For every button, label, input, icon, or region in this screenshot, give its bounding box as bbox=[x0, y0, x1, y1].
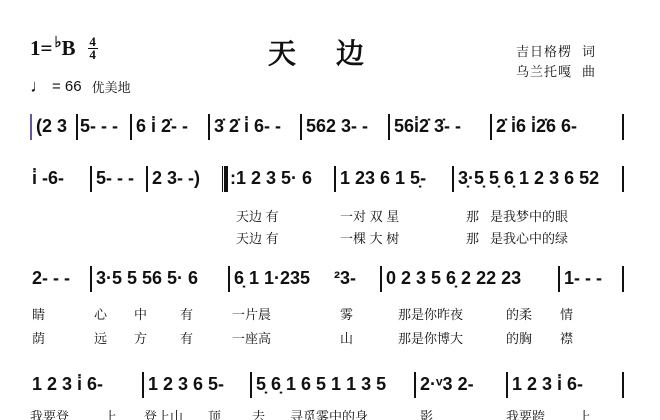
barline bbox=[208, 114, 210, 140]
lyrics-line-2-verse-1: 睛心中有一片晨雾那是你昨夜的柔情 bbox=[0, 304, 660, 322]
barline bbox=[90, 166, 92, 192]
credits: 吉日格楞 词 乌兰托嘎 曲 bbox=[516, 42, 596, 82]
barline bbox=[146, 166, 148, 192]
barline bbox=[622, 114, 624, 140]
composer-role: 曲 bbox=[582, 62, 596, 82]
barline bbox=[558, 266, 560, 292]
barline bbox=[130, 114, 132, 140]
barline bbox=[622, 372, 624, 398]
measure: 3·5 5 56 5· 6 bbox=[96, 264, 198, 292]
measure: 1 23 6 1 5̣- bbox=[340, 164, 426, 192]
barline bbox=[490, 114, 492, 140]
barline bbox=[414, 372, 416, 398]
measure: (2 3 bbox=[36, 112, 67, 140]
measure: ²3- bbox=[334, 264, 356, 292]
measure: 56i̇2̇ 3̇- - bbox=[394, 112, 461, 140]
key-signature: 1= ♭ B 4 4 bbox=[30, 36, 98, 61]
measure: 2·ᵛ3 2- bbox=[420, 370, 474, 398]
lyric-word: 一片晨 bbox=[232, 304, 271, 323]
lyric-word: 心 bbox=[94, 304, 107, 323]
lyric-word: 襟 bbox=[560, 328, 573, 347]
lyric-word: 的胸 bbox=[506, 328, 532, 347]
lyric-word: 远 bbox=[94, 328, 107, 347]
quarter-note-icon: ♩ bbox=[30, 76, 48, 97]
measure: 1 2 3 i̇ 6- bbox=[512, 370, 583, 398]
measure: 0 2 3 5 6̣ 2 22 23 bbox=[386, 264, 521, 292]
lyric-word: 有 bbox=[180, 328, 193, 347]
lyric-word: 有 bbox=[180, 304, 193, 323]
lyric-word: 方 bbox=[134, 328, 147, 347]
barline bbox=[452, 166, 454, 192]
measure: 2̇ i̇6 i̇2̇6 6- bbox=[496, 112, 577, 140]
measure: 6̣ 1 1·235 bbox=[234, 264, 310, 292]
measure: 5- - - bbox=[80, 112, 118, 140]
barline bbox=[142, 372, 144, 398]
lyric-word: 上 bbox=[578, 406, 591, 420]
barline bbox=[622, 266, 624, 292]
lyrics-line-1-verse-2: 天边 有一棵 大 树那是我心中的绿 bbox=[0, 228, 660, 246]
key-prefix: 1= bbox=[30, 36, 52, 61]
lyric-word: 雾 bbox=[340, 304, 353, 323]
lyric-word: 那 bbox=[466, 228, 479, 247]
barline bbox=[622, 166, 624, 192]
score-line-2: i̇ -6-5- - -2 3- -):1 2 3 5· 61 23 6 1 5… bbox=[0, 164, 660, 192]
barline bbox=[300, 114, 302, 140]
lyrics-line-3-verse-1: 我要登上登上山顶去寻觅雾中的身影我要跨上 bbox=[0, 406, 660, 420]
barline bbox=[388, 114, 390, 140]
barline bbox=[90, 266, 92, 292]
lyric-word: 登上山 bbox=[144, 406, 183, 420]
composer-credit: 乌兰托嘎 曲 bbox=[516, 62, 596, 82]
score-line-4: 1 2 3 i̇ 6-1 2 3 6 5-5̣ 6̣ 1 6 5 1 1 3 5… bbox=[0, 370, 660, 398]
lyric-word: 睛 bbox=[32, 304, 45, 323]
lyric-word: 我要登 bbox=[30, 406, 69, 420]
barline bbox=[380, 266, 382, 292]
lyric-word: 山 bbox=[340, 328, 353, 347]
lyric-word: 是我心中的绿 bbox=[490, 228, 568, 247]
lyricist-credit: 吉日格楞 词 bbox=[516, 42, 596, 62]
measure: 6 i̇ 2̇- - bbox=[136, 112, 188, 140]
barline bbox=[334, 166, 336, 192]
lyric-word: 去 bbox=[252, 406, 265, 420]
key-letter: B bbox=[62, 36, 76, 61]
lyric-word: 寻觅雾中的身 bbox=[290, 406, 368, 420]
score-line-1: (2 35- - -6 i̇ 2̇- -3̇ 2̇ i̇ 6- -562 3- … bbox=[0, 112, 660, 140]
lyric-word: 天边 有 bbox=[236, 228, 279, 247]
barline bbox=[228, 266, 230, 292]
barline bbox=[506, 372, 508, 398]
lyric-word: 那是你博大 bbox=[398, 328, 463, 347]
repeat-barline bbox=[222, 166, 228, 192]
time-signature: 4 4 bbox=[88, 36, 98, 61]
lyric-word: 是我梦中的眼 bbox=[490, 206, 568, 225]
measure: 2- - - bbox=[32, 264, 70, 292]
lyricist-role: 词 bbox=[582, 42, 596, 62]
lyric-word: 一棵 大 树 bbox=[340, 228, 399, 247]
lyric-word: 那是你昨夜 bbox=[398, 304, 463, 323]
measure: 3̇ 2̇ i̇ 6- - bbox=[214, 112, 281, 140]
composer-name: 乌兰托嘎 bbox=[516, 62, 572, 82]
measure: 562 3- - bbox=[306, 112, 368, 140]
measure: 1 2 3 i̇ 6- bbox=[32, 370, 103, 398]
lyric-word: 我要跨 bbox=[506, 406, 545, 420]
lyric-word: 一座高 bbox=[232, 328, 271, 347]
measure: 1 2 3 6 5- bbox=[148, 370, 224, 398]
lyrics-line-2-verse-2: 荫远方有一座高山那是你博大的胸襟 bbox=[0, 328, 660, 346]
measure: 1- - - bbox=[564, 264, 602, 292]
measure: i̇ -6- bbox=[32, 164, 64, 192]
score-line-3: 2- - -3·5 5 56 5· 66̣ 1 1·235²3-0 2 3 5 … bbox=[0, 264, 660, 292]
flat-icon: ♭ bbox=[54, 33, 61, 52]
lyric-word: 的柔 bbox=[506, 304, 532, 323]
lyric-word: 那 bbox=[466, 206, 479, 225]
tempo-marking: ♩ = 66 优美地 bbox=[30, 76, 131, 97]
lyric-word: 天边 有 bbox=[236, 206, 279, 225]
lyricist-name: 吉日格楞 bbox=[516, 42, 572, 62]
lyric-word: 中 bbox=[134, 304, 147, 323]
measure: 2 3- -) bbox=[152, 164, 200, 192]
lyric-word: 影 bbox=[420, 406, 433, 420]
barline bbox=[250, 372, 252, 398]
tempo-value: = 66 bbox=[52, 78, 82, 95]
time-bottom: 4 bbox=[89, 49, 96, 61]
barline bbox=[76, 114, 78, 140]
lyrics-line-1-verse-1: 天边 有一对 双 星那是我梦中的眼 bbox=[0, 206, 660, 224]
song-title: 天边 bbox=[268, 32, 404, 72]
lyric-word: 荫 bbox=[32, 328, 45, 347]
lyric-word: 一对 双 星 bbox=[340, 206, 399, 225]
measure: 5̣ 6̣ 1 6 5 1 1 3 5 bbox=[256, 370, 386, 398]
lyric-word: 上 bbox=[104, 406, 117, 420]
expression-marking: 优美地 bbox=[92, 77, 131, 96]
start-marker bbox=[30, 114, 32, 140]
lyric-word: 情 bbox=[560, 304, 573, 323]
measure: 5- - - bbox=[96, 164, 134, 192]
measure: 3̣·5̣ 5̣ 6̣ 1 2 3 6 52 bbox=[458, 164, 599, 192]
measure: :1 2 3 5· 6 bbox=[230, 164, 312, 192]
lyric-word: 顶 bbox=[208, 406, 221, 420]
